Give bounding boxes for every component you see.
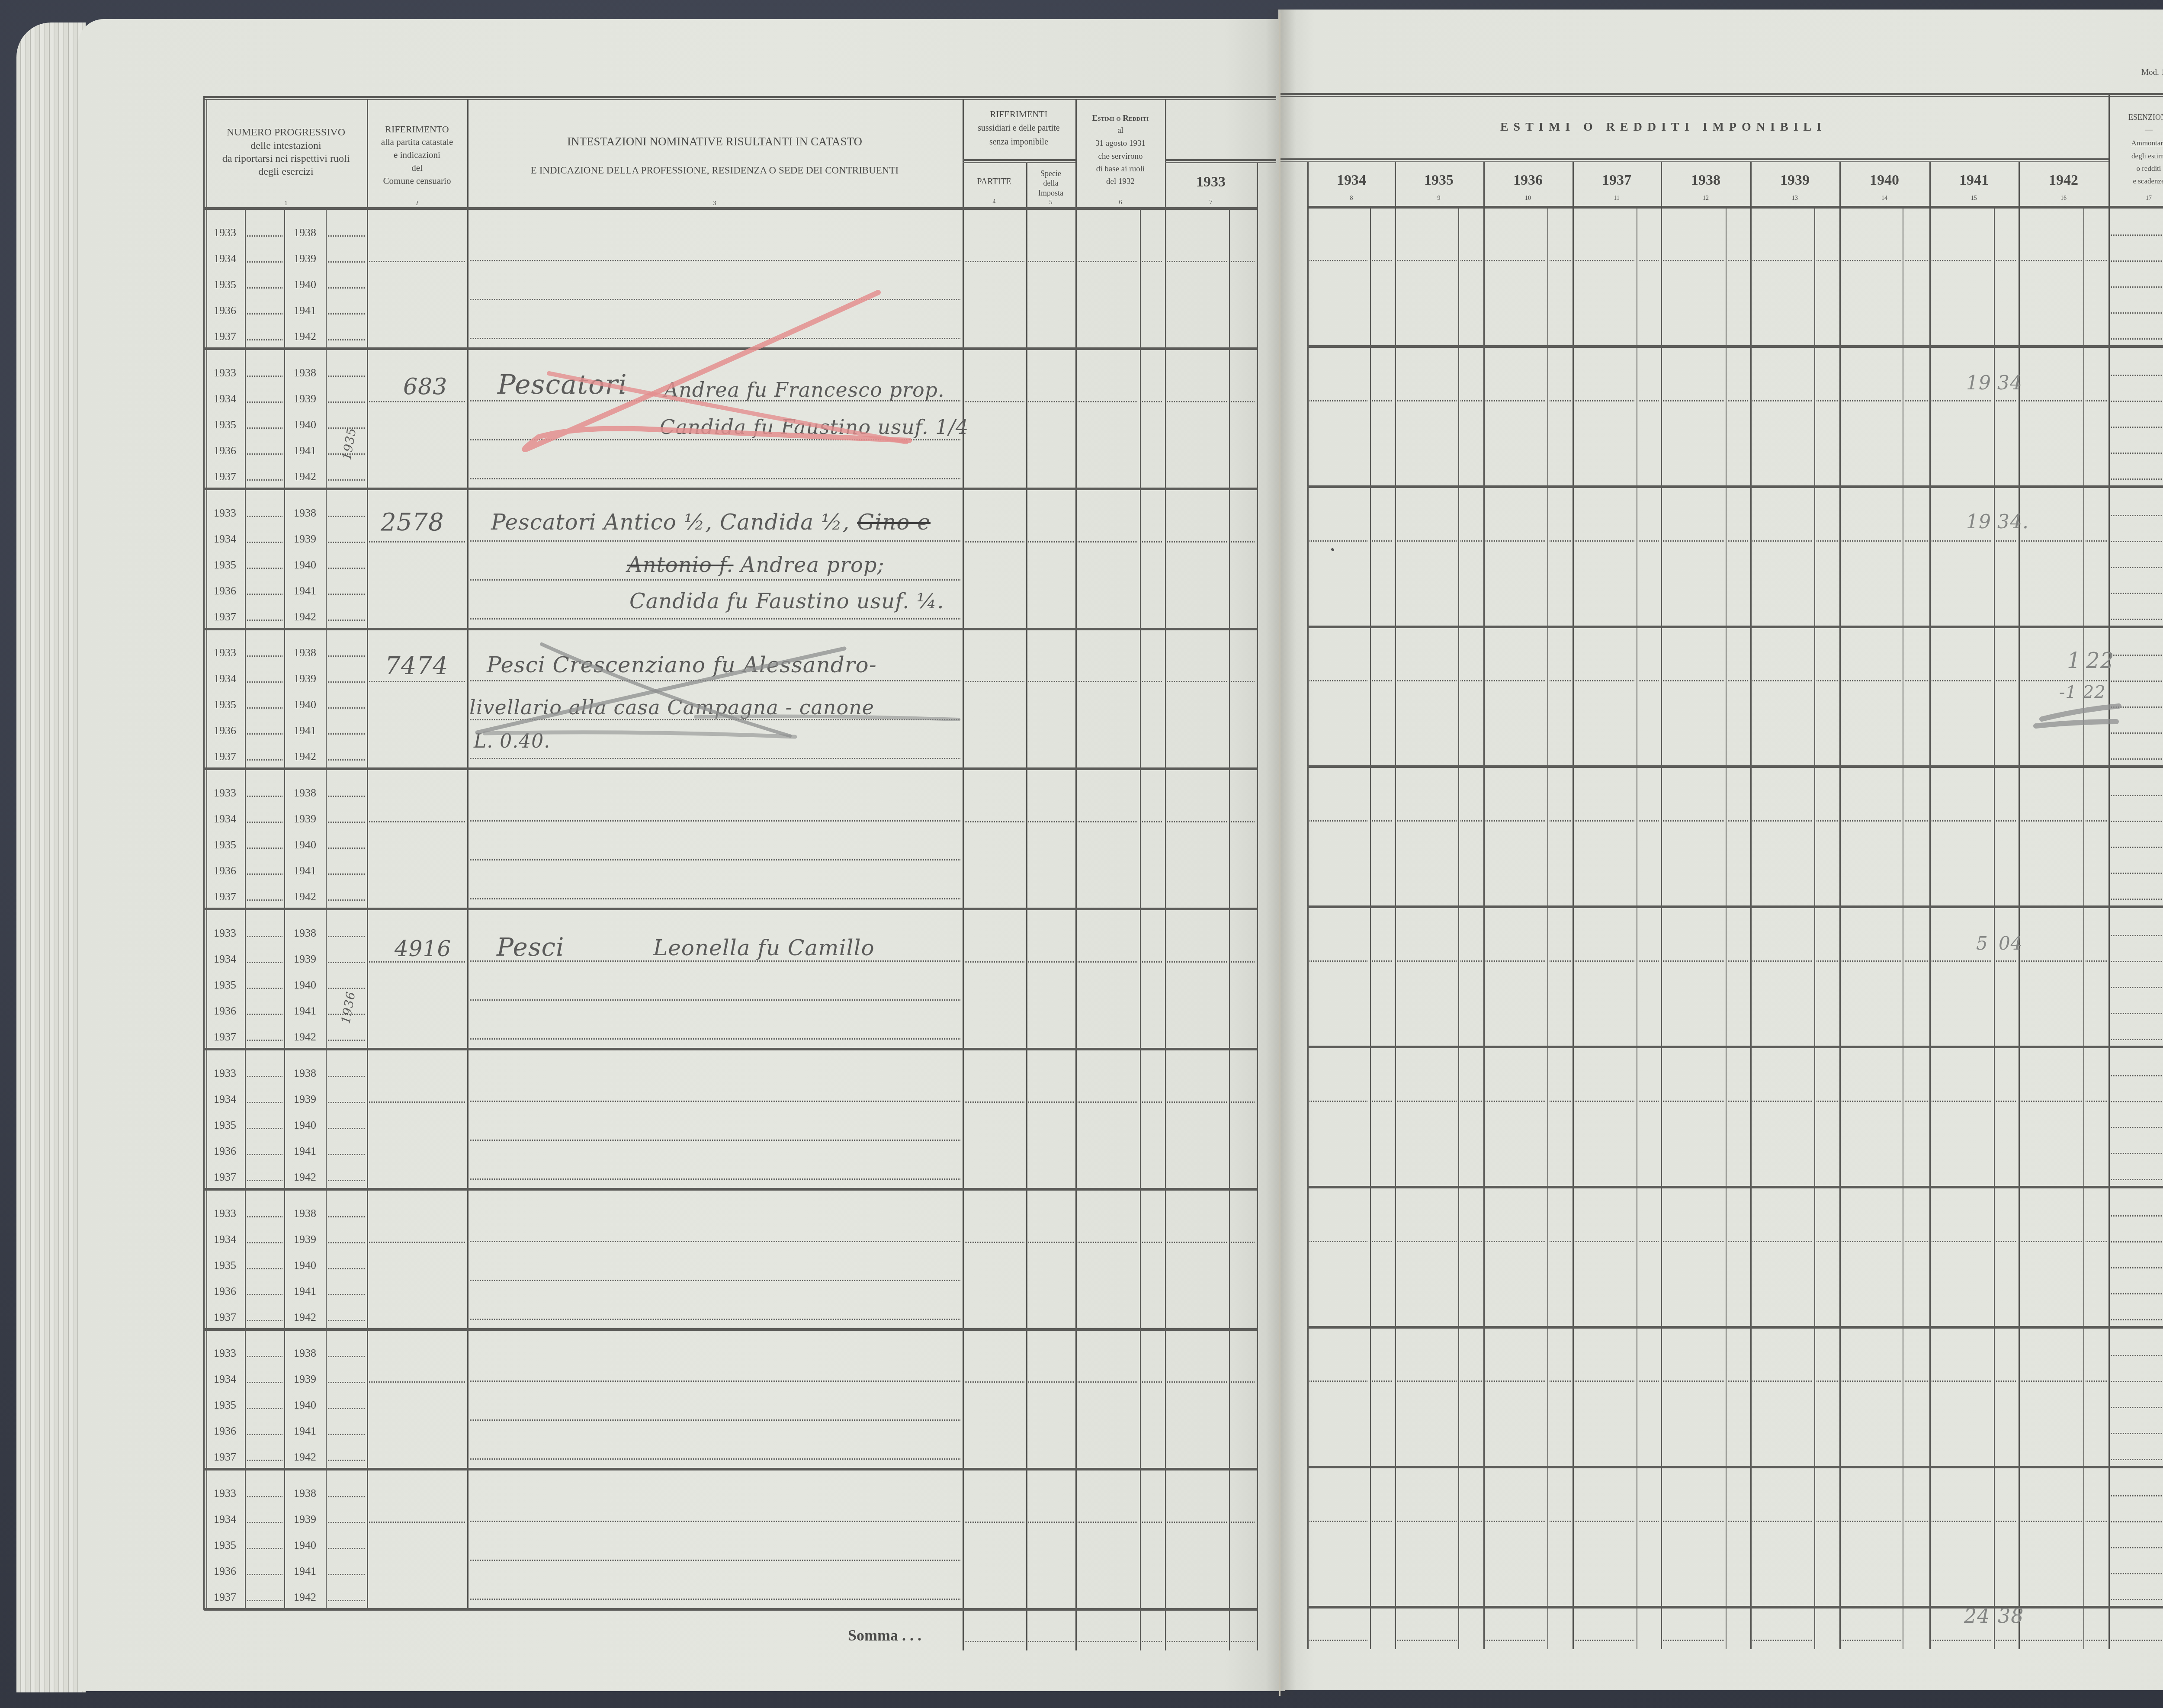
col3-dots [470, 1458, 960, 1460]
row-dots [247, 1180, 282, 1181]
row-dots [328, 936, 365, 937]
year-dots [1842, 1101, 1901, 1102]
row-year-first: 1936 [214, 585, 236, 597]
col4-dots [965, 961, 1024, 963]
col14-number: 14 [1881, 196, 1887, 202]
year-dots [2021, 1241, 2082, 1242]
year-header-1941: 1941 [1959, 173, 1989, 188]
cents-dots [1639, 960, 1659, 962]
row-year-first: 1936 [214, 445, 236, 457]
cents-dots [1639, 1521, 1659, 1522]
col10-number: 10 [1525, 196, 1531, 202]
col7-cents-dots [1231, 961, 1255, 963]
row-year-first: 1936 [214, 1145, 236, 1157]
cents-dots [1996, 400, 2017, 401]
ledger-block-3: 1933 1934 1935 1936 1937 1938 1939 1940 … [0, 489, 2163, 629]
cents-dots [1460, 960, 1482, 962]
entry-line: Pescatori Antico ½, Candida ½, Gino e [491, 511, 931, 533]
col6-dots [1078, 961, 1138, 963]
col7-dots [1167, 961, 1227, 963]
col2-dots [369, 681, 465, 682]
col2-header-title: RIFERIMENTO [385, 125, 449, 134]
row-dots [328, 1180, 365, 1181]
col3-dots [470, 439, 960, 440]
col2-header-line: e indicazioni [394, 151, 440, 160]
col12-number: 12 [1703, 196, 1709, 202]
year-dots [1663, 540, 1724, 542]
col17-dots [2111, 312, 2163, 314]
cents-dots [1816, 960, 1838, 962]
cents-dots [2086, 680, 2107, 681]
col17-dots [2111, 1039, 2163, 1040]
row-year-second: 1938 [294, 647, 316, 659]
row-year-first: 1934 [214, 393, 236, 405]
cents-dots [2086, 260, 2107, 261]
row-year-first: 1937 [214, 1171, 236, 1183]
year-dots [1309, 1101, 1368, 1102]
row-dots [247, 1356, 282, 1357]
col3-header-subtitle: E INDICAZIONE DELLA PROFESSIONE, RESIDEN… [531, 165, 899, 175]
col4-dots [965, 401, 1024, 402]
col8-number: 8 [1350, 196, 1353, 202]
col6-dots [1078, 261, 1138, 262]
riferimenti-rule [963, 159, 1075, 161]
row-dots [247, 287, 282, 289]
cents-dots [1460, 820, 1482, 822]
row-year-second: 1940 [294, 1259, 316, 1271]
year-dots [1486, 260, 1546, 261]
row-year-first: 1935 [214, 1119, 236, 1131]
year-dots [1397, 260, 1457, 261]
row-year-first: 1937 [214, 1591, 236, 1603]
row-year-second: 1939 [294, 1093, 316, 1105]
cents-dots [1816, 1521, 1838, 1522]
somma-dots [1842, 1640, 1901, 1641]
col17-dots [2111, 286, 2163, 288]
row-year-second: 1940 [294, 1119, 316, 1131]
row-dots [328, 542, 365, 543]
year-dots [1575, 1521, 1635, 1522]
col3-dots [470, 859, 960, 860]
cents-dots [1372, 820, 1393, 822]
year-dots [1752, 400, 1813, 401]
row-year-second: 1942 [294, 751, 316, 763]
col17-dots [2111, 1013, 2163, 1014]
cents-dots [1639, 1101, 1659, 1102]
estimi-rule-right [1280, 158, 2108, 160]
row-dots [247, 516, 282, 517]
value-1941-dec: 04 [1999, 934, 2022, 953]
row-year-first: 1935 [214, 1259, 236, 1271]
row-dots [247, 1014, 282, 1015]
row-year-second: 1938 [294, 367, 316, 379]
cents-dots [1372, 260, 1393, 261]
row-dots [247, 594, 282, 595]
row-dots [247, 453, 282, 455]
value-1942-int: 1 [2067, 650, 2081, 671]
col5-header-line: Specie [1040, 170, 1061, 177]
col3-dots [470, 758, 960, 759]
col3-dots [470, 579, 960, 581]
row-year-first: 1936 [214, 725, 236, 737]
row-dots [247, 376, 282, 377]
row-year-first: 1937 [214, 611, 236, 623]
cents-dots [2086, 1521, 2107, 1522]
cents-dots [1460, 1381, 1482, 1382]
row-dots [328, 988, 365, 989]
col5-dots [1028, 1101, 1074, 1103]
col17-dots [2111, 1573, 2163, 1574]
cents-dots [1550, 1521, 1571, 1522]
row-dots [247, 1460, 282, 1461]
col4-dots [965, 1522, 1024, 1523]
col6-cents-dots [1142, 1522, 1163, 1523]
row-year-first: 1936 [214, 1565, 236, 1577]
somma-dots [2111, 1640, 2163, 1641]
row-year-second: 1941 [294, 865, 316, 877]
row-dots [328, 1242, 365, 1243]
col5-dots [1028, 961, 1074, 963]
year-dots [1663, 400, 1724, 401]
row-year-second: 1941 [294, 1285, 316, 1297]
block-separator-right [1307, 1466, 2163, 1468]
col6-header-title: Estimi o Redditi [1092, 114, 1149, 122]
row-dots [247, 235, 282, 237]
row-year-first: 1933 [214, 507, 236, 519]
col17-dots [2111, 478, 2163, 480]
block-separator-right [1307, 626, 2163, 628]
cents-dots [1372, 1521, 1393, 1522]
col4-header: PARTITE [977, 177, 1011, 186]
entry-line: Leonella fu Camillo [653, 937, 875, 959]
block-separator-left [203, 1608, 1258, 1611]
col3-dots [470, 1419, 960, 1421]
cents-dots [1905, 260, 1928, 261]
row-dots [247, 655, 282, 657]
row-dots [247, 848, 282, 849]
row-year-second: 1939 [294, 533, 316, 545]
cents-dots [1460, 1241, 1482, 1242]
col3-dots [470, 719, 960, 720]
col6-cents-dots [1142, 541, 1163, 543]
col6-dots [1078, 1381, 1138, 1383]
year-dots [1575, 1101, 1635, 1102]
year-dots [1575, 260, 1635, 261]
col6-header-line: di base ai ruoli [1096, 165, 1145, 173]
col6-cents-dots [1142, 401, 1163, 402]
col7-cents-dots [1231, 821, 1255, 822]
col17-dots [2111, 234, 2163, 236]
col45-header-title: RIFERIMENTI [990, 110, 1048, 119]
row-dots [247, 479, 282, 481]
estimi-rule-left-inner [1165, 162, 1276, 163]
col17-dots [2111, 427, 2163, 428]
row-dots [247, 1382, 282, 1383]
row-year-first: 1935 [214, 699, 236, 711]
row-dots [247, 759, 282, 761]
row-dots [328, 681, 365, 683]
col1-header-line: degli esercizi [258, 167, 313, 177]
row-dots [247, 542, 282, 543]
row-year-second: 1939 [294, 1513, 316, 1525]
ledger-block-8: 1933 1934 1935 1936 1937 1938 1939 1940 … [0, 1189, 2163, 1329]
row-year-second: 1939 [294, 1373, 316, 1385]
cents-dots [1816, 1241, 1838, 1242]
cents-dots [2086, 1381, 2107, 1382]
year-dots [2021, 1101, 2082, 1102]
year-dots [1842, 260, 1901, 261]
col2-dots [369, 1381, 465, 1383]
col17-dots [2111, 619, 2163, 620]
year-dots [1663, 1381, 1724, 1382]
row-dots [328, 655, 365, 657]
col2-dots [369, 541, 465, 543]
col6-dots [1078, 1522, 1138, 1523]
row-dots [247, 1548, 282, 1549]
ledger-block-7: 1933 1934 1935 1936 1937 1938 1939 1940 … [0, 1049, 2163, 1189]
block-separator-right [1307, 1606, 2163, 1608]
row-year-first: 1935 [214, 979, 236, 991]
year-dots [1932, 260, 1992, 261]
row-year-second: 1939 [294, 1233, 316, 1246]
col6-cents-dots [1142, 821, 1163, 822]
row-year-first: 1934 [214, 1513, 236, 1525]
col17-dots [2111, 260, 2163, 262]
col5-dots [1028, 541, 1074, 543]
cents-dots [1728, 1101, 1749, 1102]
col1-header-title: NUMERO PROGRESSIVO [227, 127, 345, 138]
year-dots [1752, 540, 1813, 542]
cents-dots [1996, 820, 2017, 822]
row-year-second: 1938 [294, 1487, 316, 1499]
cents-dots [1372, 400, 1393, 401]
col4-dots [965, 1381, 1024, 1383]
col3-dots [470, 478, 960, 479]
cents-dots [1996, 1101, 2017, 1102]
right-top-rule-inner [1280, 96, 2163, 97]
row-dots [328, 1408, 365, 1409]
row-dots [328, 1496, 365, 1497]
ledger-block-10: 1933 1934 1935 1936 1937 1938 1939 1940 … [0, 1469, 2163, 1609]
col17-dots [2111, 706, 2163, 708]
cents-dots [1372, 1381, 1393, 1382]
year-dots [1842, 960, 1901, 962]
cents-dots [1550, 1101, 1571, 1102]
year-dots [1397, 960, 1457, 962]
cents-dots [1728, 400, 1749, 401]
year-dots [1663, 820, 1724, 822]
cents-dots [1639, 1241, 1659, 1242]
cents-dots [1905, 540, 1928, 542]
row-dots [247, 899, 282, 901]
col7-cents-dots [1231, 1101, 1255, 1103]
row-dots [328, 594, 365, 595]
row-dots [247, 1040, 282, 1041]
somma-1941-dec: 38 [1998, 1606, 2024, 1626]
col6-dots [1078, 401, 1138, 402]
row-year-first: 1934 [214, 1093, 236, 1105]
col17-header-title: ESENZIONI [2128, 113, 2163, 121]
partita-number: 2578 [381, 510, 444, 535]
row-year-second: 1939 [294, 813, 316, 825]
col15-number: 15 [1971, 196, 1977, 202]
col17-dots [2111, 515, 2163, 516]
row-dots [328, 733, 365, 735]
cents-dots [1728, 1381, 1749, 1382]
entry-text: Andrea prop; [734, 553, 885, 577]
col17-dots [2111, 873, 2163, 874]
row-dots [247, 1294, 282, 1295]
row-dots [247, 261, 282, 263]
col5-dots [1028, 1522, 1074, 1523]
year-dots [1663, 1241, 1724, 1242]
row-year-second: 1942 [294, 1311, 316, 1323]
year-dots [1309, 260, 1368, 261]
col5-dots [1028, 1381, 1074, 1383]
somma-dots [1309, 1640, 1368, 1641]
col17-header-line: Ammontare [2131, 139, 2163, 147]
row-year-second: 1942 [294, 471, 316, 483]
cents-dots [1460, 400, 1482, 401]
col17-dots [2111, 961, 2163, 962]
row-year-second: 1940 [294, 1399, 316, 1411]
row-dots [328, 873, 365, 875]
cents-dots [2086, 540, 2107, 542]
year-dots [1842, 1521, 1901, 1522]
year-dots [1932, 1241, 1992, 1242]
row-year-second: 1942 [294, 611, 316, 623]
row-year-first: 1934 [214, 533, 236, 545]
row-dots [247, 1496, 282, 1497]
row-dots [247, 733, 282, 735]
col7-cents-dots [1231, 1242, 1255, 1243]
year-dots [2021, 260, 2082, 261]
col3-dots [470, 299, 960, 300]
cents-dots [1816, 680, 1838, 681]
col5-dots [1028, 681, 1074, 682]
col7-dots [1167, 681, 1227, 682]
year-dots [2021, 1381, 2082, 1382]
cents-dots [1460, 1521, 1482, 1522]
year-dots [1663, 680, 1724, 681]
row-dots [328, 1102, 365, 1103]
row-dots [328, 1522, 365, 1523]
year-dots [1309, 680, 1368, 681]
row-year-second: 1940 [294, 279, 316, 291]
row-year-second: 1940 [294, 1539, 316, 1551]
year-dots [1663, 260, 1724, 261]
col16-number: 16 [2060, 196, 2067, 202]
row-year-second: 1941 [294, 725, 316, 737]
row-dots [328, 401, 365, 403]
value-1942-dec: 22 [2086, 650, 2115, 671]
row-dots [328, 313, 365, 315]
row-dots [328, 376, 365, 377]
col7-dots [1167, 541, 1227, 543]
col3-dots [470, 1101, 960, 1102]
cents-dots [1460, 1101, 1482, 1102]
col13-number: 13 [1792, 196, 1798, 202]
col6-cents-dots [1142, 1101, 1163, 1103]
row-dots [247, 988, 282, 989]
row-dots [328, 1320, 365, 1321]
row-dots [247, 1216, 282, 1217]
row-dots [247, 401, 282, 403]
row-year-first: 1935 [214, 1399, 236, 1411]
year-dots [1752, 1241, 1813, 1242]
year-dots [1397, 680, 1457, 681]
partita-number: 4916 [395, 938, 451, 960]
somma-dots [2086, 1640, 2107, 1641]
col17-dots [2111, 1521, 2163, 1522]
year-dots [2021, 400, 2082, 401]
cents-dots [1728, 680, 1749, 681]
year-dots [1575, 820, 1635, 822]
entry-line: livellario alla casa Campagna - canone [469, 697, 874, 717]
col6-number: 6 [1119, 200, 1122, 206]
col17-dots [2111, 899, 2163, 900]
year-dots [1932, 1381, 1992, 1382]
col17-dots [2111, 338, 2163, 340]
row-year-first: 1934 [214, 673, 236, 685]
row-year-first: 1933 [214, 1347, 236, 1359]
row-year-first: 1936 [214, 305, 236, 317]
year-dots [1752, 680, 1813, 681]
col45-header-line: sussidiari e delle partite [978, 124, 1059, 132]
cents-dots [1639, 820, 1659, 822]
row-year-first: 1937 [214, 891, 236, 903]
col3-dots [470, 618, 960, 620]
cents-dots [1639, 680, 1659, 681]
block-separator-right [1307, 485, 2163, 488]
col5-dots [1028, 261, 1074, 262]
year-dots [1397, 540, 1457, 542]
year-header-1935: 1935 [1424, 173, 1454, 188]
cents-dots [1372, 680, 1393, 681]
row-year-second: 1941 [294, 445, 316, 457]
row-year-second: 1940 [294, 699, 316, 711]
row-year-second: 1940 [294, 979, 316, 991]
value-1941-dec: 34. [1997, 513, 2029, 532]
somma-dots [1028, 1641, 1074, 1642]
col2-dots [369, 961, 465, 963]
year-dots [1932, 1101, 1992, 1102]
ledger-block-1: 1933 1934 1935 1936 1937 1938 1939 1940 … [0, 209, 2163, 349]
cents-dots [1550, 680, 1571, 681]
col17-dots [2111, 453, 2163, 454]
entry-line: Candida fu Faustino usuf. ¼. [629, 591, 944, 612]
cents-dots [1372, 540, 1393, 542]
col7-dots [1167, 1242, 1227, 1243]
row-dots [328, 1216, 365, 1217]
row-year-first: 1934 [214, 813, 236, 825]
cents-dots [1372, 1241, 1393, 1242]
ledger-block-5: 1933 1934 1935 1936 1937 1938 1939 1940 … [0, 769, 2163, 909]
row-year-first: 1933 [214, 647, 236, 659]
year-header-1937: 1937 [1602, 173, 1631, 188]
col2-dots [369, 261, 465, 262]
row-dots [328, 1356, 365, 1357]
col4-dots [965, 1101, 1024, 1103]
col4-dots [965, 541, 1024, 543]
entry-line: Antonio f. Andrea prop; [627, 555, 885, 575]
row-dots [328, 620, 365, 621]
col1-header-line: da riportarsi nei rispettivi ruoli [222, 154, 350, 164]
col17-header-line: e scadenze [2133, 177, 2163, 185]
col3-dots [470, 1241, 960, 1242]
col17-dots [2111, 732, 2163, 734]
year-dots [1486, 1521, 1546, 1522]
